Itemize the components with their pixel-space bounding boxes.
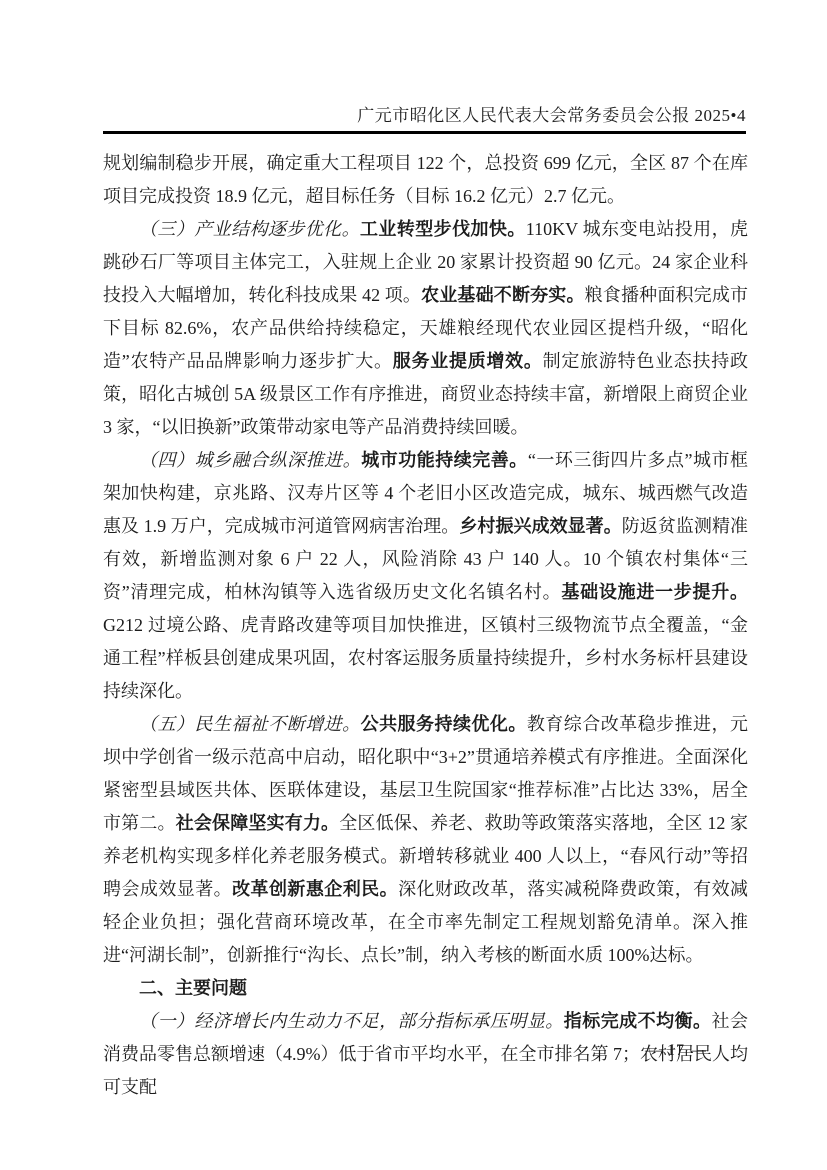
text-run-bold: 指标完成不均衡。 [564, 1011, 712, 1031]
text-run-bold: 农业基础不断夯实。 [421, 285, 585, 305]
text-run-bold: 城市功能持续完善。 [361, 450, 528, 470]
text-run-bold: 基础设施进一步提升。 [561, 582, 748, 602]
text-run-bold: 乡村振兴成效显著。 [459, 516, 621, 536]
text-run-italic: （三）产业结构逐步优化。 [139, 219, 360, 239]
paragraph: （五）民生福祉不断增进。公共服务持续优化。教育综合改革稳步推进，元坝中学创省一级… [103, 708, 748, 972]
section-heading: 二、主要问题 [103, 972, 748, 1005]
page-number: — 17 — [645, 1042, 707, 1059]
text-run-italic: （四）城乡融合纵深推进。 [139, 450, 361, 470]
text-run-bold: 工业转型步伐加快。 [360, 219, 526, 239]
paragraph: （四）城乡融合纵深推进。城市功能持续完善。“一环三街四片多点”城市框架加快构建，… [103, 444, 748, 708]
text-run: G212 过境公路、虎青路改建等项目加快推进，区镇村三级物流节点全覆盖，“金通工… [103, 615, 748, 701]
text-run-italic: （一）经济增长内生动力不足，部分指标承压明显。 [139, 1011, 564, 1031]
document-body: 规划编制稳步开展，确定重大工程项目 122 个，总投资 699 亿元，全区 87… [103, 147, 748, 1104]
text-run-bold: 二、主要问题 [139, 978, 247, 998]
text-run-italic: （五）民生福祉不断增进。 [139, 714, 361, 734]
text-run-bold: 公共服务持续优化。 [361, 714, 527, 734]
text-run-bold: 服务业提质增效。 [393, 351, 543, 371]
text-run: 规划编制稳步开展，确定重大工程项目 122 个，总投资 699 亿元，全区 87… [103, 153, 748, 206]
text-run-bold: 改革创新惠企利民。 [232, 879, 398, 899]
document-page: 广元市昭化区人民代表大会常务委员会公报 2025•4 规划编制稳步开展，确定重大… [0, 0, 827, 1170]
paragraph: 规划编制稳步开展，确定重大工程项目 122 个，总投资 699 亿元，全区 87… [103, 147, 748, 213]
header-title: 广元市昭化区人民代表大会常务委员会公报 2025•4 [103, 101, 746, 126]
header-rule [103, 131, 746, 134]
text-run-bold: 社会保障坚实有力。 [176, 813, 340, 833]
page-footer: — 17 — [645, 1042, 707, 1060]
paragraph: （三）产业结构逐步优化。工业转型步伐加快。110KV 城东变电站投用，虎跳砂石厂… [103, 213, 748, 444]
